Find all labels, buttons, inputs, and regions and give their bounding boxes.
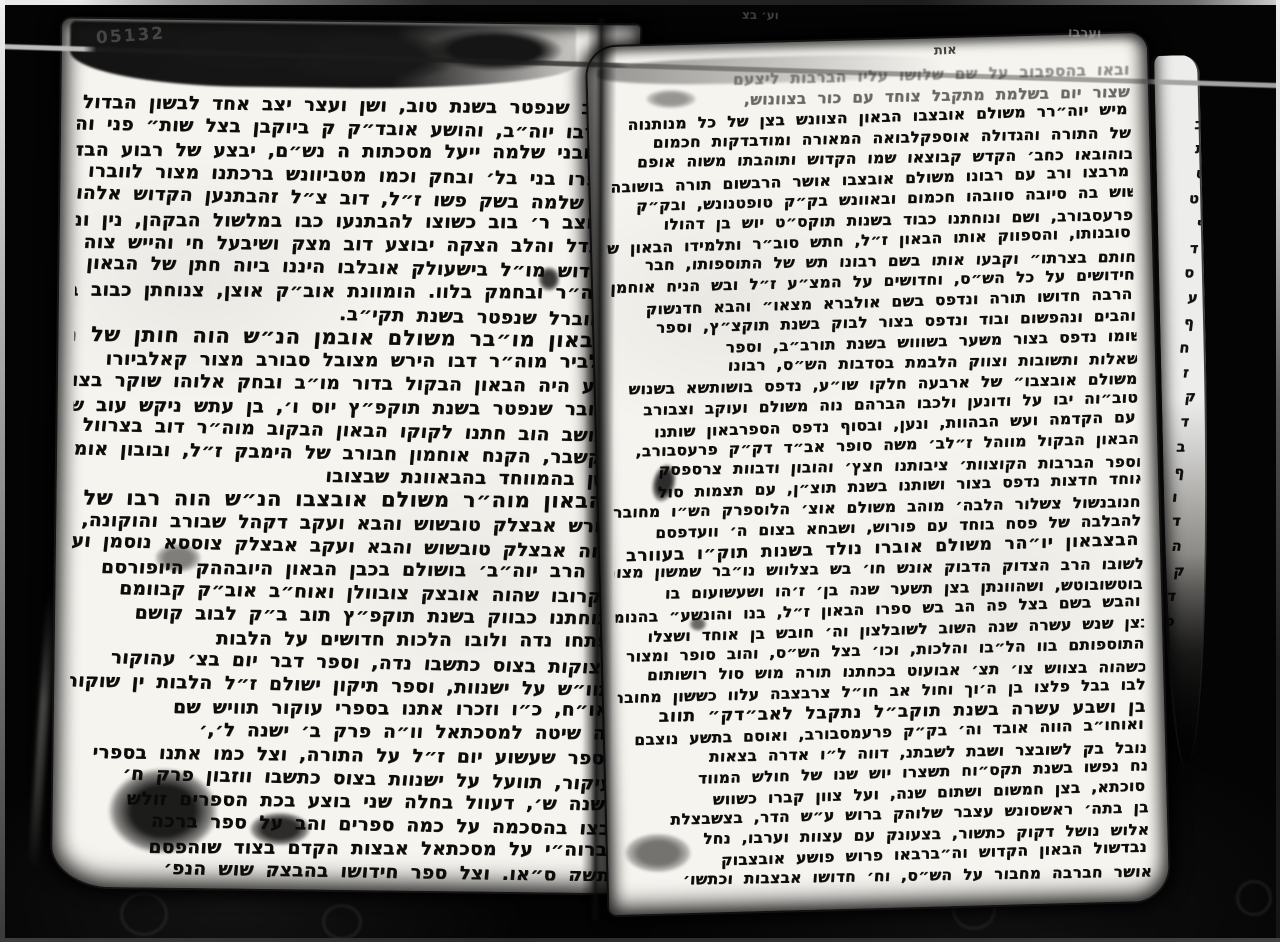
manuscript-line: ף xyxy=(1166,311,1212,337)
manuscript-line: ע xyxy=(1169,286,1215,311)
manuscript-line: ת xyxy=(1177,137,1215,163)
scan-frame-right xyxy=(1276,0,1280,942)
manuscript-line: ז xyxy=(1162,360,1208,386)
ink-stain xyxy=(686,614,710,634)
scan-frame-left xyxy=(0,0,5,942)
ink-stain xyxy=(238,806,322,852)
manuscript-line: ף xyxy=(1178,211,1215,237)
manuscript-line: ק xyxy=(1156,559,1202,585)
ink-stain xyxy=(534,262,564,296)
page-header-word: אות xyxy=(934,43,957,59)
ink-stain xyxy=(636,86,706,112)
scan-frame-top xyxy=(0,0,1280,5)
ghost-scribble-above-page: וע׳ בצ xyxy=(742,8,779,23)
manuscript-line: ס xyxy=(1177,162,1215,187)
manuscript-line: ד xyxy=(1153,509,1199,535)
manuscript-line: ב xyxy=(1180,87,1215,113)
manuscript-line: ף xyxy=(1156,460,1202,486)
manuscript-line: ד xyxy=(1161,410,1208,435)
binder-ring xyxy=(322,904,362,940)
ink-stain xyxy=(612,826,704,880)
manuscript-line: ד xyxy=(1170,236,1215,262)
manuscript-line: ס xyxy=(1166,261,1212,287)
manuscript-line: כ xyxy=(1176,112,1215,138)
manuscript-line: ט xyxy=(1171,186,1215,212)
ink-stain xyxy=(146,538,210,578)
manuscript-line: ח xyxy=(1161,335,1207,361)
ghost-scribble-top-right: וערבו xyxy=(1068,25,1102,41)
right-page-text: ובאו בהספבוב על שם שלושו עליו הברבות ליצ… xyxy=(601,59,1151,903)
binder-ring xyxy=(1236,880,1272,916)
book-gutter xyxy=(581,18,617,920)
scan-frame-bottom xyxy=(0,938,1280,942)
binder-ring xyxy=(120,892,168,936)
ink-stain xyxy=(88,752,238,870)
manuscript-scan: 05132 וערבו וע׳ בצ ףבכתסטףדסעףחזקדבףודהק… xyxy=(0,0,1280,942)
manuscript-line: ק xyxy=(1167,385,1213,411)
manuscript-line: ב xyxy=(1158,435,1204,461)
